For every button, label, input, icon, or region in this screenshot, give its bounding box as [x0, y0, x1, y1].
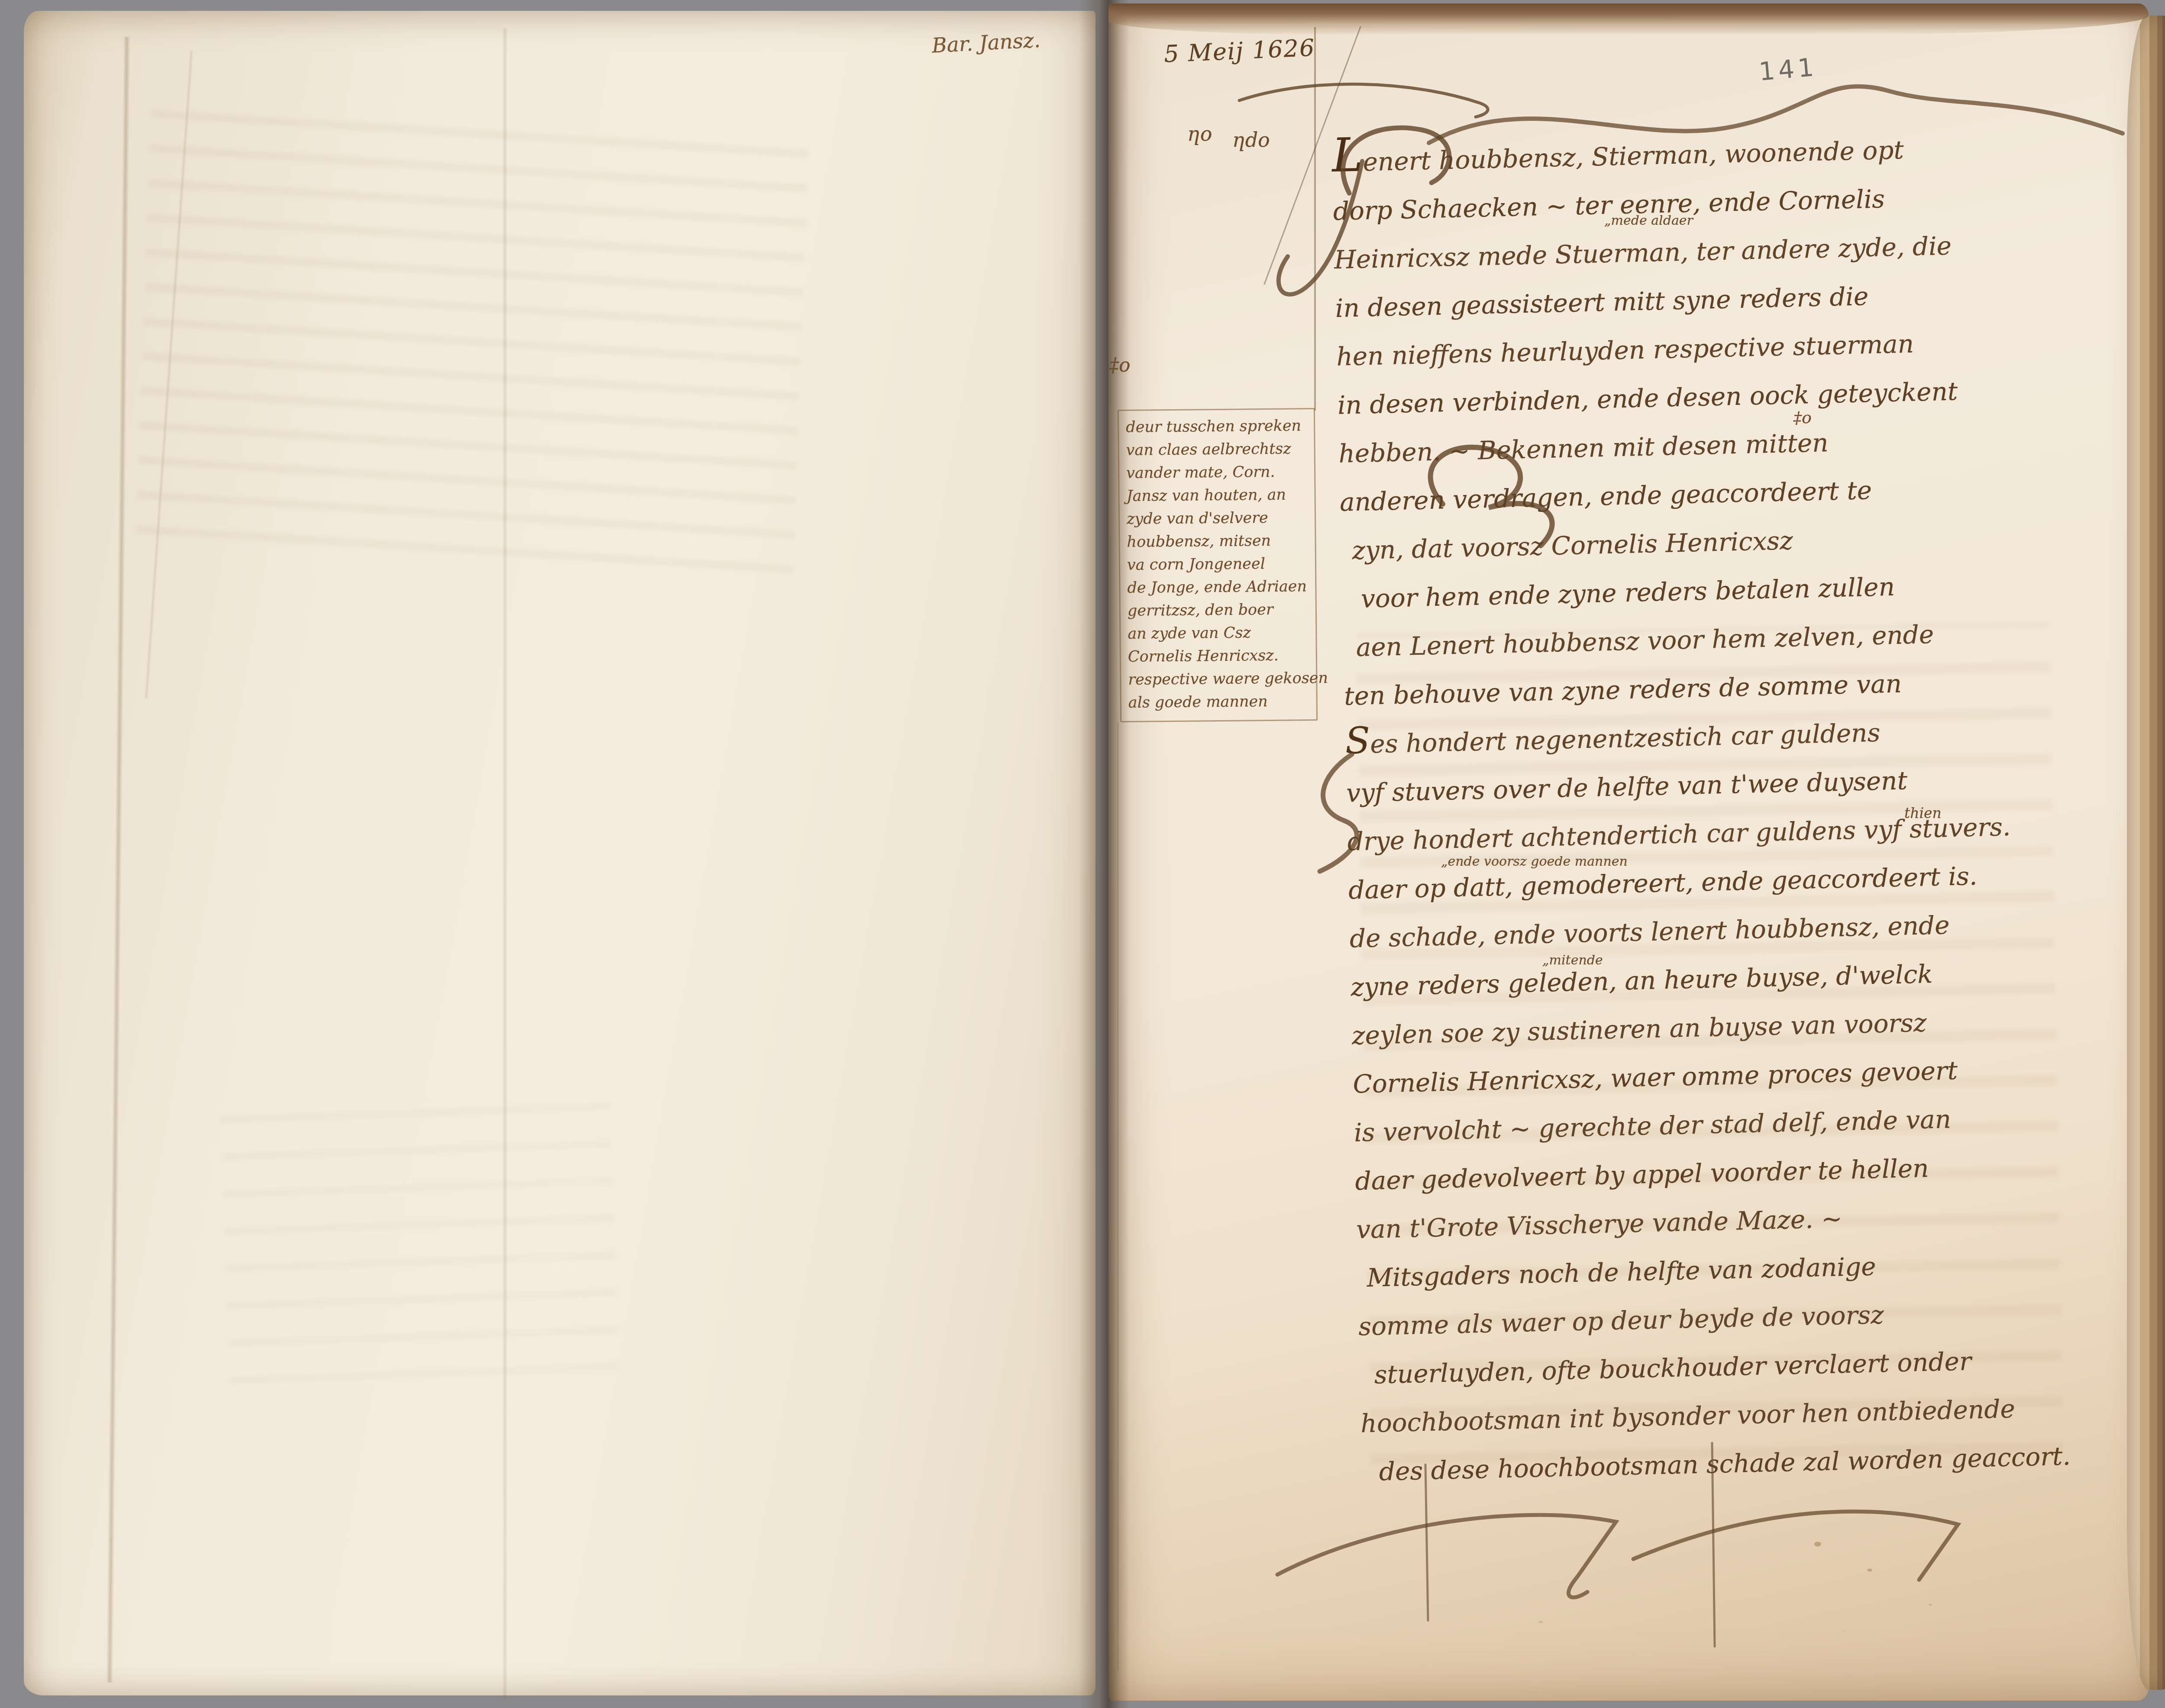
interlinear-insertion: „mede aldaer [1604, 213, 1693, 228]
margin-note-line: respective waere gekosen [1128, 667, 1312, 692]
margin-registration-mark: ƞdo [1232, 128, 1270, 152]
interlinear-insertion: „ende voorsz goede mannen [1441, 854, 1628, 869]
pencil-folio-number: 141 [1758, 52, 1818, 86]
margin-rule [1314, 27, 1316, 411]
margin-note-line: gerritzsz, den boer [1128, 598, 1312, 623]
book-gutter-shadow [1079, 0, 1129, 1708]
interlinear-insertion: „mitende [1542, 953, 1603, 968]
margin-registration-mark: ƞo [1187, 122, 1212, 146]
margin-note-line: deur tusschen spreken [1126, 414, 1310, 439]
margin-note-line: als goede mannen [1128, 690, 1313, 715]
margin-note-line: Jansz van houten, an [1126, 483, 1311, 508]
margin-note-line: va corn Jongeneel [1127, 552, 1312, 577]
left-page-fold-crease [106, 37, 130, 1682]
left-page-blank [24, 11, 1095, 1695]
left-page-fold-crease [144, 50, 194, 699]
insertion-mark: ‡o [1109, 354, 1131, 376]
foxing-stains [1814, 1542, 1821, 1546]
margin-rule [1117, 722, 1118, 1671]
interlinear-insertion: thien [1904, 805, 1942, 822]
margin-note-line: houbbensz, mitsen [1127, 529, 1311, 554]
margin-note-box: deur tusschen spreken van claes aelbrech… [1118, 408, 1318, 722]
margin-note-line: van claes aelbrechtsz [1126, 437, 1310, 462]
margin-note-line: zyde van d'selvere [1127, 506, 1311, 531]
right-page-torn-top-edge [1108, 3, 2149, 36]
margin-note-line: an zyde van Csz [1128, 621, 1312, 646]
margin-note-line: vander mate, Corn. [1126, 460, 1311, 485]
margin-note-line: Cornelis Henricxsz. [1128, 644, 1312, 669]
manuscript-body: Lenert houbbensz, Stierman, woonende opt… [1331, 120, 2165, 1497]
left-page-fold-crease [502, 28, 507, 1700]
margin-note-line: de Jonge, ende Adriaen [1127, 575, 1312, 600]
